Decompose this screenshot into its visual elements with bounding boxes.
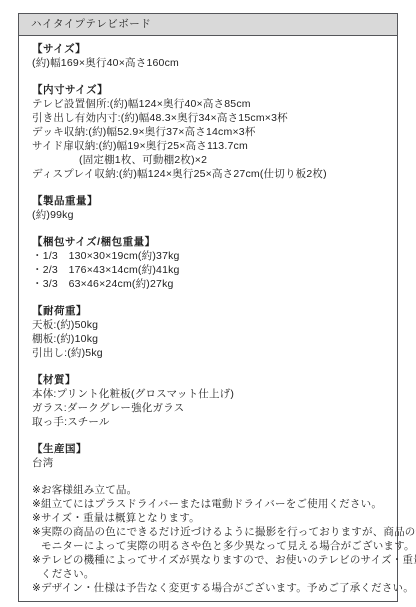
note-line: モニターによって実際の明るさや色と多少異なって見える場合がございます。: [41, 539, 385, 553]
section-heading: 【材質】: [32, 373, 385, 387]
note-line: ください。: [41, 567, 385, 581]
section-heading: 【内寸サイズ】: [32, 83, 385, 97]
section-material: 【材質】 本体:プリント化粧板(グロスマット仕上げ) ガラス:ダークグレー強化ガ…: [32, 373, 385, 429]
spec-line: 棚板:(約)10kg: [32, 332, 385, 346]
notes: ※お客様組み立て品。 ※組立てにはプラスドライバーまたは電動ドライバーをご使用く…: [32, 483, 385, 595]
spec-table-body: 【サイズ】 (約)幅169×奥行40×高さ160cm 【内寸サイズ】 テレビ設置…: [19, 36, 397, 601]
spec-line: デッキ収納:(約)幅52.9×奥行37×高さ14cm×3杯: [32, 125, 385, 139]
spec-line: サイド扉収納:(約)幅19×奥行25×高さ113.7cm: [32, 139, 385, 153]
section-heading: 【生産国】: [32, 442, 385, 456]
section-heading: 【梱包サイズ/梱包重量】: [32, 235, 385, 249]
section-inner-size: 【内寸サイズ】 テレビ設置個所:(約)幅124×奥行40×高さ85cm 引き出し…: [32, 83, 385, 181]
spec-line: (固定棚1枚、可動棚2枚)×2: [79, 153, 385, 167]
section-load-capacity: 【耐荷重】 天板:(約)50kg 棚板:(約)10kg 引出し:(約)5kg: [32, 304, 385, 360]
spec-line: 本体:プリント化粧板(グロスマット仕上げ): [32, 387, 385, 401]
section-package: 【梱包サイズ/梱包重量】 ・1/3 130×30×19cm(約)37kg ・2/…: [32, 235, 385, 291]
spec-line: 取っ手:スチール: [32, 415, 385, 429]
spec-line: ディスプレイ収納:(約)幅124×奥行25×高さ27cm(仕切り板2枚): [32, 167, 385, 181]
note-line: ※テレビの機種によってサイズが異なりますので、お使いのテレビのサイズ・重量をよく…: [32, 553, 385, 567]
spec-table-title: ハイタイプテレビボード: [19, 14, 397, 36]
note-line: ※サイズ・重量は概算となります。: [32, 511, 385, 525]
section-heading: 【サイズ】: [32, 42, 385, 56]
spec-line: 天板:(約)50kg: [32, 318, 385, 332]
section-heading: 【耐荷重】: [32, 304, 385, 318]
section-product-weight: 【製品重量】 (約)99kg: [32, 194, 385, 222]
spec-line: (約)幅169×奥行40×高さ160cm: [32, 56, 385, 70]
section-size: 【サイズ】 (約)幅169×奥行40×高さ160cm: [32, 42, 385, 70]
spec-line: テレビ設置個所:(約)幅124×奥行40×高さ85cm: [32, 97, 385, 111]
note-line: ※デザイン・仕様は予告なく変更する場合がございます。予めご了承ください。: [32, 581, 385, 595]
spec-line: 引き出し有効内寸:(約)幅48.3×奥行34×高さ15cm×3杯: [32, 111, 385, 125]
section-heading: 【製品重量】: [32, 194, 385, 208]
note-line: ※実際の商品の色にできるだけ近づけるように撮影を行っておりますが、商品の色はご使…: [32, 525, 385, 539]
note-line: ※組立てにはプラスドライバーまたは電動ドライバーをご使用ください。: [32, 497, 385, 511]
spec-line: ・1/3 130×30×19cm(約)37kg: [32, 249, 385, 263]
section-country: 【生産国】 台湾: [32, 442, 385, 470]
spec-line: ・2/3 176×43×14cm(約)41kg: [32, 263, 385, 277]
spec-line: 台湾: [32, 456, 385, 470]
spec-line: ・3/3 63×46×24cm(約)27kg: [32, 277, 385, 291]
spec-table: ハイタイプテレビボード 【サイズ】 (約)幅169×奥行40×高さ160cm 【…: [18, 13, 398, 602]
note-line: ※お客様組み立て品。: [32, 483, 385, 497]
spec-line: (約)99kg: [32, 208, 385, 222]
spec-line: 引出し:(約)5kg: [32, 346, 385, 360]
spec-line: ガラス:ダークグレー強化ガラス: [32, 401, 385, 415]
